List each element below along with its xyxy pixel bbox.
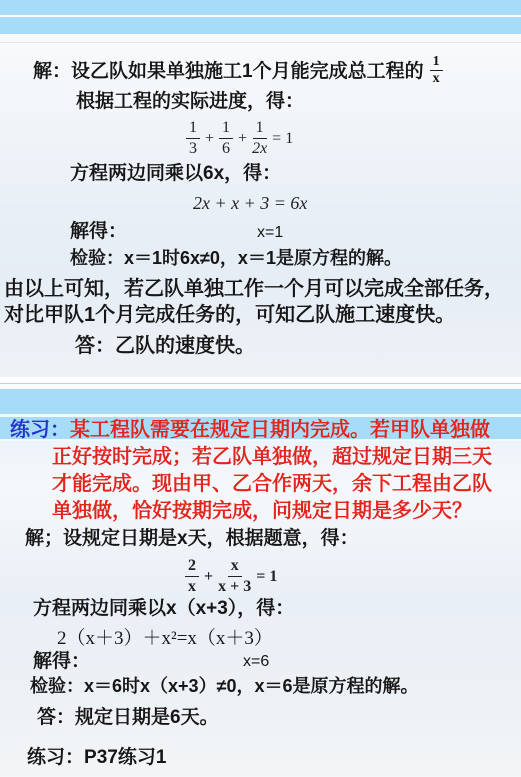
fraction-x-over-x-plus-3: x x + 3 xyxy=(218,558,251,595)
numerator: 1 xyxy=(186,120,200,139)
exercise-problem-line-1: 练习：某工程队需要在规定日期内完成。若甲队单独做 xyxy=(10,418,490,442)
slide-1: 解：设乙队如果单独施工1个月能完成总工程的 1 x 根据工程的实际进度，得： 1… xyxy=(0,0,521,384)
denominator: 2x xyxy=(252,139,267,157)
numerator: 2 xyxy=(185,558,199,577)
plus-operator: + xyxy=(199,568,218,586)
solve-label: 解得： xyxy=(33,651,90,674)
conclusion-line-1: 由以上可知，若乙队单独工作一个月可以完成全部任务， xyxy=(4,277,504,301)
expanded-equation: 2（x＋3）＋x²=x（x＋3） xyxy=(57,623,273,650)
slide-separator-line xyxy=(0,383,521,384)
denominator: x + 3 xyxy=(218,577,251,595)
verification-line: 检验：x＝6时x（x+3）≠0，x＝6是原方程的解。 xyxy=(30,676,418,698)
numerator: 1 xyxy=(253,120,267,139)
verification-line: 检验：x＝1时6x≠0，x＝1是原方程的解。 xyxy=(70,248,402,270)
linear-equation: 2x + x + 3 = 6x xyxy=(193,193,307,214)
multiply-both-sides-line: 方程两边同乘以6x，得： xyxy=(70,163,281,186)
fraction-numerator: 1 xyxy=(430,55,443,71)
equals-one: = 1 xyxy=(267,130,298,148)
numerator: x xyxy=(228,558,242,577)
exercise-problem-line-4: 单独做，恰好按期完成，问规定日期是多少天？ xyxy=(52,499,472,523)
solution-intro-text: 解：设乙队如果单独施工1个月能完成总工程的 xyxy=(33,61,424,84)
homework-label: 练习： xyxy=(27,747,84,768)
slide-deck: 解：设乙队如果单独施工1个月能完成总工程的 1 x 根据工程的实际进度，得： 1… xyxy=(0,0,521,777)
fraction-equation-1: 1 3 + 1 6 + 1 2x = 1 xyxy=(186,120,298,157)
equals-one: = 1 xyxy=(251,568,282,586)
solution-intro-line: 解；设规定日期是x天，根据题意，得： xyxy=(25,528,359,551)
plus-operator: + xyxy=(200,130,219,148)
solution-intro-line: 解：设乙队如果单独施工1个月能完成总工程的 1 x xyxy=(33,57,443,88)
progress-line: 根据工程的实际进度，得： xyxy=(76,91,304,114)
solve-value: x=6 xyxy=(243,653,269,671)
denominator: 3 xyxy=(189,139,197,157)
slide1-header-hairline xyxy=(0,42,521,43)
slide1-header-band xyxy=(0,17,521,34)
fraction-denominator: x xyxy=(433,71,440,86)
homework-value: P37练习1 xyxy=(84,747,166,768)
multiply-both-sides-line: 方程两边同乘以x（x+3），得： xyxy=(33,598,294,621)
exercise-problem-line-3: 才能完成。现由甲、乙合作两天，余下工程由乙队 xyxy=(52,472,492,496)
plus-operator: + xyxy=(233,130,252,148)
solve-value: x=1 xyxy=(257,224,283,242)
denominator: 6 xyxy=(222,139,230,157)
exercise-problem-line-2: 正好按时完成；若乙队单独做，超过规定日期三天 xyxy=(52,445,492,469)
answer-line: 答：规定日期是6天。 xyxy=(37,707,219,730)
slide1-top-band xyxy=(0,0,521,15)
answer-line: 答：乙队的速度快。 xyxy=(75,334,255,358)
denominator: x xyxy=(188,577,196,595)
conclusion-line-2: 对比甲队1个月完成任务的，可知乙队施工速度快。 xyxy=(4,303,455,327)
fraction-one-third: 1 3 xyxy=(186,120,200,157)
fraction-one-over-2x: 1 2x xyxy=(252,120,267,157)
fraction-two-over-x: 2 x xyxy=(185,558,199,595)
fraction-one-sixth: 1 6 xyxy=(219,120,233,157)
homework-line: 练习：P37练习1 xyxy=(27,747,166,770)
solve-label: 解得： xyxy=(70,221,127,244)
numerator: 1 xyxy=(219,120,233,139)
problem-text-1: 某工程队需要在规定日期内完成。若甲队单独做 xyxy=(70,419,490,441)
fraction-equation-2: 2 x + x x + 3 = 1 xyxy=(185,558,282,595)
slide2-top-band xyxy=(0,389,521,414)
exercise-label: 练习： xyxy=(10,419,70,441)
slide-2: 练习：某工程队需要在规定日期内完成。若甲队单独做 正好按时完成；若乙队单独做，超… xyxy=(0,384,521,777)
one-over-x-fraction: 1 x xyxy=(430,55,443,86)
